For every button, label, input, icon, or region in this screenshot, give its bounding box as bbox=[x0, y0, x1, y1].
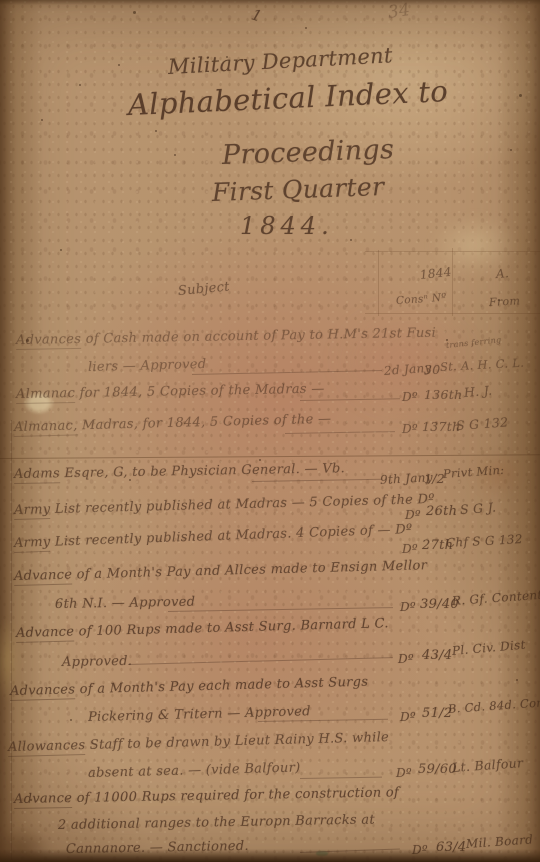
entry-date: Dº bbox=[402, 422, 418, 436]
table-rule-vertical bbox=[452, 248, 453, 316]
entry-date: Dº bbox=[396, 766, 412, 780]
foxing-spot bbox=[259, 459, 261, 461]
entry-lead: Advance bbox=[14, 567, 73, 586]
entry-cons-no: 43/4 bbox=[422, 648, 452, 663]
foxing-spot bbox=[510, 149, 512, 151]
entry-from: Lt. Balfour bbox=[451, 755, 523, 775]
entry-line2: 6th N.I. — Approved bbox=[55, 595, 196, 612]
entry-from: St. A. H. C. L. bbox=[440, 356, 525, 374]
column-header-cons-no: Consⁿ Nº bbox=[396, 291, 447, 307]
entry-line: Allowances Staff to be drawn by Lieut Ra… bbox=[8, 730, 389, 755]
ink-dash-line bbox=[300, 849, 400, 853]
entry-from: Chf S G 132 bbox=[446, 532, 523, 550]
foxing-spot bbox=[155, 130, 157, 132]
entry-text: List recently published at Madras. 4 Cop… bbox=[50, 522, 412, 550]
entry-lead: Adams bbox=[14, 466, 60, 484]
entry-line: Advance of 11000 Rups required for the c… bbox=[14, 785, 399, 807]
column-header-from: From bbox=[489, 294, 521, 309]
title-line-index: Alphabetical Index to bbox=[127, 74, 448, 122]
ink-dash-line bbox=[285, 431, 395, 434]
entry-line: Almanac for 1844, 5 Copies of the Madras… bbox=[16, 382, 325, 402]
entry-line: Army List recently published at Madras —… bbox=[14, 492, 435, 518]
entry-line2: Pickering & Tritern — Approved bbox=[88, 704, 311, 725]
ink-dash-line bbox=[168, 607, 393, 612]
ink-dash-line bbox=[300, 777, 382, 779]
ink-dash-line bbox=[300, 398, 400, 401]
entry-from: Mil. Board bbox=[466, 832, 534, 851]
foxing-spot bbox=[41, 119, 43, 121]
entry-from: B. Cd. 84d. Com bbox=[448, 695, 540, 716]
entry-text: Madras, for 1844, 5 Copies of the — bbox=[77, 412, 331, 434]
table-rule-horizontal bbox=[365, 251, 540, 252]
entry-date: Dº bbox=[398, 652, 414, 666]
entry-lead: Advance bbox=[16, 624, 75, 643]
title-line-quarter: First Quarter bbox=[211, 172, 384, 207]
entry-line2: 2 additional ranges to the Europn Barrac… bbox=[58, 812, 375, 833]
table-rule-vertical bbox=[378, 250, 379, 316]
entry-line3: Cannanore. — Sanctioned. bbox=[66, 839, 249, 857]
entry-date: Dº bbox=[400, 710, 416, 724]
foxing-spot bbox=[133, 11, 136, 14]
entry-lead: Advance bbox=[14, 791, 73, 809]
entry-lead: Advances bbox=[16, 332, 82, 350]
entry-date: Dº bbox=[402, 542, 418, 556]
entry-text: of a Month's Pay and Allces made to Ensi… bbox=[72, 558, 427, 582]
entry-from: H. J. bbox=[463, 383, 493, 400]
entry-line: Advances of Cash made on account of Pay … bbox=[16, 326, 436, 348]
entry-text: of 100 Rups made to Asst Surg. Barnard L… bbox=[74, 616, 389, 639]
stain bbox=[0, 828, 52, 862]
entry-from: S G 132 bbox=[455, 414, 508, 433]
entry-lead: Allowances bbox=[8, 738, 86, 757]
page-number: 1 bbox=[249, 5, 264, 25]
entry-text: of Cash made on account of Pay to H.M's … bbox=[81, 326, 436, 347]
entry-lead: Advances bbox=[10, 682, 76, 701]
manuscript-page: 1 34 Military Department Alphabetical In… bbox=[0, 0, 540, 862]
entry-from: S G J. bbox=[459, 499, 496, 516]
ink-dash-line bbox=[252, 479, 382, 482]
entry-line2: liers — Approved bbox=[88, 357, 207, 375]
entry-line: Adams Esqre, G, to be Physician General.… bbox=[14, 461, 345, 482]
entry-from: Privt Min: bbox=[443, 463, 505, 481]
entry-line2: absent at sea. — (vide Balfour) bbox=[88, 760, 301, 781]
entry-cons-no: 136th bbox=[424, 387, 462, 402]
foxing-spot bbox=[305, 27, 307, 29]
entry-line: Army List recently published at Madras. … bbox=[14, 522, 413, 551]
entry-cons-no: 1/2 bbox=[424, 471, 445, 486]
foxing-spot bbox=[519, 94, 522, 97]
entry-date: Dº bbox=[405, 508, 421, 522]
foxing-spot bbox=[70, 719, 72, 721]
foxing-spot bbox=[516, 679, 518, 681]
entry-cons-no: 26th bbox=[426, 504, 457, 519]
entry-text: List recently published at Madras — 5 Co… bbox=[50, 492, 435, 517]
entry-line: Advance of 100 Rups made to Asst Surg. B… bbox=[16, 616, 389, 641]
entry-line: Almanac, Madras, for 1844, 5 Copies of t… bbox=[14, 412, 332, 435]
entry-from: R. Gf. Content bbox=[452, 588, 540, 608]
foxing-spot bbox=[174, 154, 176, 156]
entry-line2: Approved. bbox=[62, 654, 133, 670]
entry-lead: Almanac bbox=[16, 386, 75, 404]
section-divider-line bbox=[0, 454, 540, 459]
entry-date: Dº bbox=[412, 843, 428, 857]
entry-cons-no: 30 bbox=[424, 362, 441, 377]
entry-text: of a Month's Pay each made to Asst Surgs bbox=[75, 675, 368, 698]
entry-text: of 11000 Rups required for the construct… bbox=[72, 785, 399, 806]
foxing-spot bbox=[79, 84, 81, 86]
foxing-spot bbox=[350, 239, 352, 241]
entry-line: Advances of a Month's Pay each made to A… bbox=[10, 675, 369, 699]
foxing-spot bbox=[60, 249, 62, 251]
ink-dash-line bbox=[192, 370, 382, 375]
corner-mark: 34 bbox=[387, 0, 412, 23]
entry-cons-no: 63/4 bbox=[436, 840, 466, 855]
table-rule-horizontal bbox=[365, 313, 540, 314]
entry-note: trans ferring bbox=[446, 335, 502, 350]
entry-date: Dº bbox=[400, 600, 416, 614]
entry-date: Dº bbox=[402, 390, 418, 404]
entry-cons-no: 137th bbox=[422, 419, 460, 434]
title-line-department: Military Department bbox=[167, 43, 393, 79]
title-line-proceedings: Proceedings bbox=[221, 134, 394, 171]
ink-dash-line bbox=[128, 657, 393, 665]
entry-lead: Army bbox=[14, 535, 51, 553]
entry-text: for 1844, 5 Copies of the Madras — bbox=[75, 382, 325, 401]
column-header-year: 1844 bbox=[419, 265, 452, 282]
entry-from: Pl. Civ. Dist bbox=[451, 638, 526, 658]
entry-line: Advance of a Month's Pay and Allces made… bbox=[14, 558, 428, 584]
page-seam-line bbox=[11, 420, 12, 860]
entry-lead: Almanac, bbox=[14, 418, 78, 437]
top-page-edge bbox=[0, 0, 540, 5]
title-line-year: 1844. bbox=[240, 212, 334, 240]
entry-text: Esqre, G, to be Physician General. — Vb. bbox=[60, 461, 345, 481]
foxing-spot bbox=[118, 64, 120, 66]
column-header-subject: Subject bbox=[177, 280, 230, 299]
entry-lead: Army bbox=[14, 502, 51, 520]
column-header-a: A. bbox=[496, 266, 510, 281]
entry-text: Staff to be drawn by Lieut Rainy H.S. wh… bbox=[85, 730, 389, 753]
